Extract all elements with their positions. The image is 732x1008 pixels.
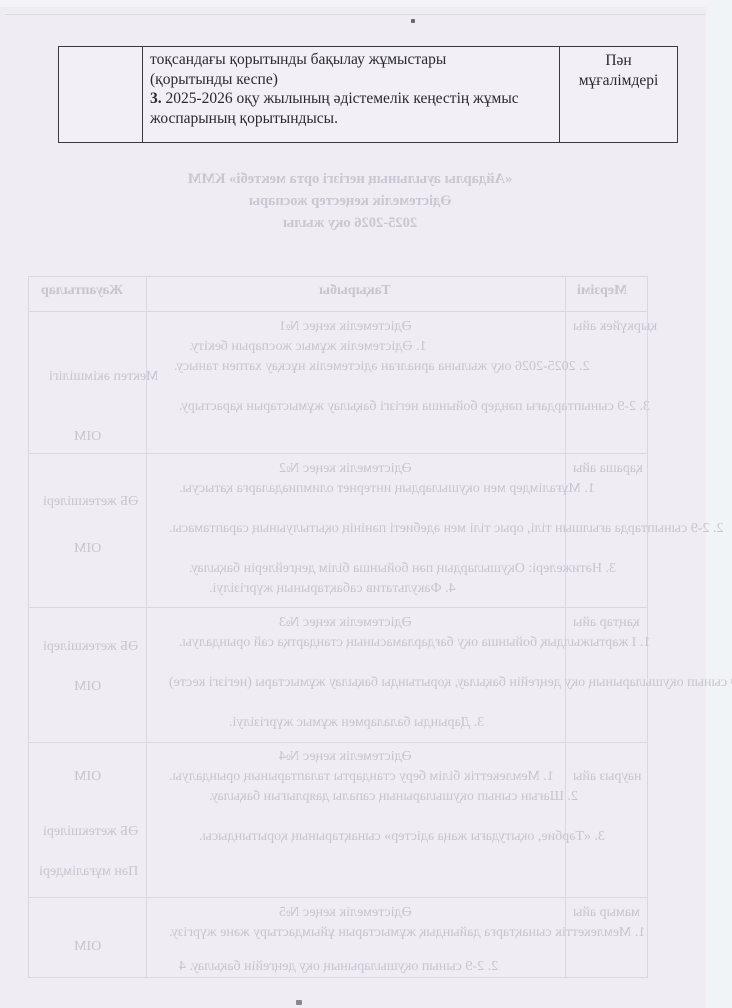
scan-speck [411, 19, 415, 23]
bleed-row-topic: 1. Мемлекеттік білім беру стандарты тала… [169, 767, 554, 787]
bleed-row-responsible: ӘБ жетекшілері [43, 822, 138, 842]
item-text: 2025-2026 оқу жылының әдістемелік кеңест… [162, 90, 519, 107]
bleed-row-topic: 1. Әдістемелік жұмыс жоспарын бекіту. [189, 337, 426, 357]
bleed-title-year: 2025-2026 оқу жылы [150, 214, 550, 233]
bleed-row-topic: 2. 2-9 сыныптарда ағылшын тілі, орыс тіл… [169, 519, 723, 539]
bleed-row-topic: 1. Мұғалімдер мен оқушылардың интернет о… [179, 479, 595, 499]
bleed-row-topic: 1. Мемлекеттік сынақтарға дайындық жұмыс… [169, 923, 645, 943]
bleed-header-responsible: Жауаптылар [41, 281, 123, 301]
plan-table-continuation: тоқсандағы қорытынды бақылау жұмыстары (… [58, 46, 678, 143]
bleed-row-topic: 2. Шағын сынып оқушыларының сапалы даярл… [209, 787, 578, 807]
responsible-line: мұғалімдері [560, 71, 677, 91]
bleed-row-responsible: ОІМ [74, 677, 101, 697]
bleed-row-topic: 3. 2-9 сыныптардағы пәндер бойынша негіз… [179, 397, 650, 417]
bleed-row-topic: 3. Нәтижелері: Оқушылардың пән бойынша б… [189, 559, 616, 579]
bleed-row-responsible: ОІМ [74, 767, 101, 787]
bleed-row-topic: Әдістемелік кеңес №1 [279, 317, 412, 337]
bleed-row-period: қыркүйек айы [573, 317, 657, 337]
bleed-row-responsible: Мектеп әкімшілігі [49, 367, 158, 387]
bleed-table: Мерзімі Тақырыбы Жауаптылар қыркүйек айы… [28, 276, 648, 978]
bleed-row-topic: 4. Факультатив сабақтарының жүргізілуі. [209, 579, 456, 599]
bleed-row-responsible: ОІМ [74, 539, 101, 559]
bleed-row-topic: 2. 2-9 сынып оқушыларының оқу деңгейін б… [169, 673, 732, 693]
bleed-header-topic: Тақырыбы [319, 281, 391, 301]
bleed-row-topic: 1. I жартыжылдық бойынша оқу бағдарламас… [179, 633, 650, 653]
item-number: 3. [150, 90, 162, 107]
bleed-row-period: мамыр айы [573, 903, 640, 923]
period-cell [59, 47, 143, 142]
responsible-line: Пән [560, 51, 677, 71]
bleed-row-topic: 3. Дарынды балалармен жұмыс жүргізілуі. [229, 713, 484, 733]
bleed-row-responsible: ӘБ жетекшілері [43, 637, 138, 657]
bleed-header-period: Мерзімі [577, 281, 627, 301]
bleed-row-period: қараша айы [573, 459, 643, 479]
bleed-row-responsible: Пән мұғалімдері [39, 862, 138, 882]
bleed-title-school: «Айдарлы ауылының негізгі орта мектебі» … [150, 170, 550, 189]
topic-cell: тоқсандағы қорытынды бақылау жұмыстары (… [143, 47, 560, 142]
bleed-row-topic: Әдістемелік кеңес №3 [279, 613, 412, 633]
bleed-row-responsible: ОІМ [74, 937, 101, 957]
topic-line: жоспарының қорытындысы. [150, 109, 559, 129]
bleed-through-layer: «Айдарлы ауылының негізгі орта мектебі» … [0, 0, 732, 1008]
bleed-row-topic: 2. 2-9 сынып оқушыларының оқу деңгейін б… [179, 957, 498, 977]
bleed-row-topic: 2. 2025-2026 оқу жылына арналған әдістем… [174, 357, 590, 377]
bleed-row-topic: 3. «Тәрбие, оқытудағы жаңа әдістер» сына… [199, 827, 605, 847]
bleed-row-topic: Әдістемелік кеңес №4 [279, 747, 412, 767]
bleed-row-period: қаңтар айы [573, 613, 640, 633]
bleed-row-topic: Әдістемелік кеңес №2 [279, 459, 412, 479]
topic-item-3: 3. 2025-2026 оқу жылының әдістемелік кең… [150, 89, 559, 109]
responsible-cell: Пән мұғалімдері [560, 47, 677, 142]
scan-speck [296, 1000, 302, 1005]
bleed-row-responsible: ӘБ жетекшілері [43, 492, 138, 512]
bleed-row-topic: Әдістемелік кеңес №5 [279, 903, 412, 923]
bleed-title-plan: Әдістемелік кеңестер жоспары [150, 192, 550, 211]
topic-line: (қорытынды кеспе) [150, 70, 559, 90]
topic-line: тоқсандағы қорытынды бақылау жұмыстары [150, 50, 559, 70]
bleed-row-period: наурыз айы [573, 767, 642, 787]
bleed-row-responsible: ОІМ [74, 427, 101, 447]
